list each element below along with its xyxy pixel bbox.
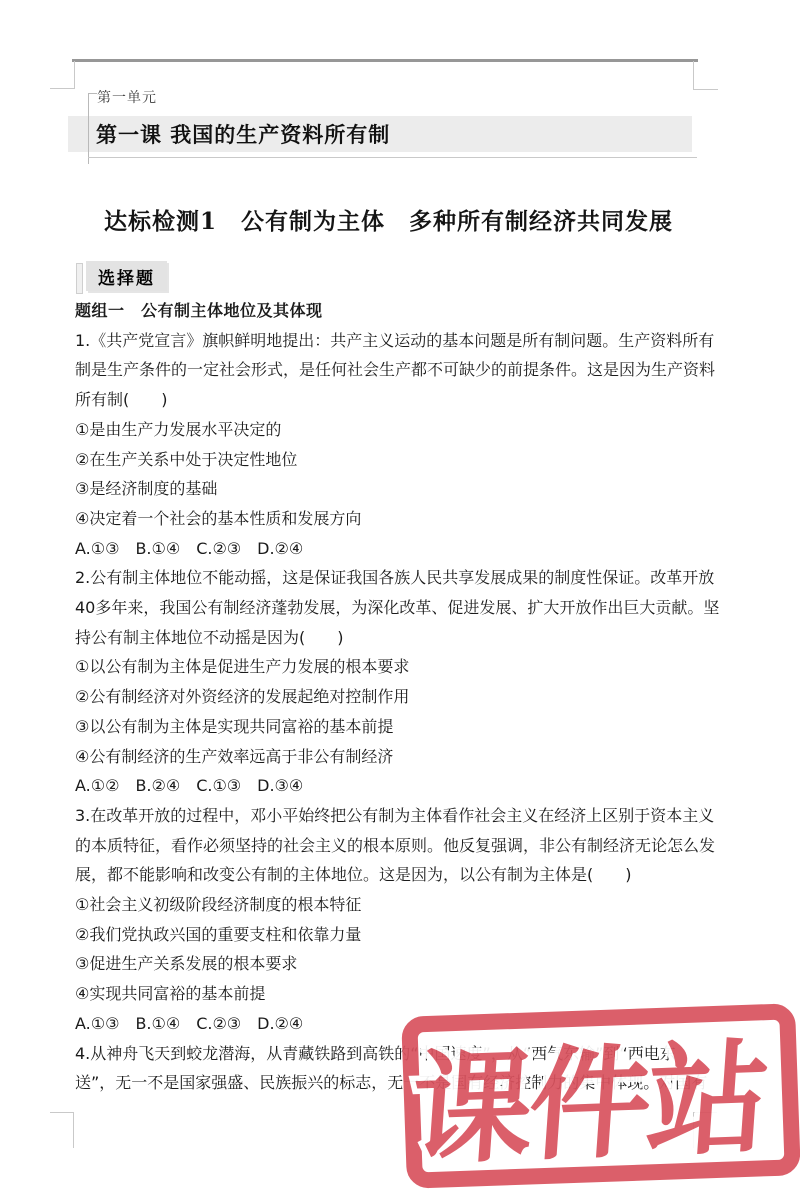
question-stem-line: 4.从神舟飞天到蛟龙潜海，从青藏铁路到高铁的“中国速度”，从“西气东输”到“西电… [75,1039,735,1069]
choice-line: ③是经济制度的基础 [75,474,735,504]
margin-corner-mark-top-right-h [693,89,718,90]
unit-label: 第一单元 [97,87,157,107]
margin-corner-mark-top-right [693,61,694,89]
choice-line: ④决定着一个社会的基本性质和发展方向 [75,504,735,534]
answer-options-row: A.①③ B.①④ C.②③ D.②④ [75,534,735,564]
document-page: 第一单元 第一课 我国的生产资料所有制 达标检测1 公有制为主体 多种所有制经济… [0,0,800,1200]
group-heading: 题组一 公有制主体地位及其体现 [75,296,735,326]
question-stem-line: 制是生产条件的一定社会形式，是任何社会生产都不可缺少的前提条件。这是因为生产资料 [75,355,735,385]
answer-options-row: A.①② B.②④ C.①③ D.③④ [75,771,735,801]
margin-corner-mark-bottom-left [73,1112,74,1148]
question-3: 3.在改革开放的过程中，邓小平始终把公有制为主体看作社会主义在经济上区别于资本主… [75,801,735,1039]
question-stem-line: 持公有制主体地位不动摇是因为( ) [75,623,735,653]
header-bracket-line [88,93,89,164]
question-area: 题组一 公有制主体地位及其体现 1.《共产党宣言》旗帜鲜明地提出：共产主义运动的… [75,296,735,1098]
section-badge: 选择题 [86,261,167,291]
margin-corner-mark-bottom-right-h [693,1112,717,1113]
question-stem-line: 40多年来，我国公有制经济蓬勃发展，为深化改革、促进发展、扩大开放作出巨大贡献。… [75,593,735,623]
choice-line: ①以公有制为主体是促进生产力发展的根本要求 [75,652,735,682]
question-stem-line: 送”，无一不是国家强盛、民族振兴的标志，无一不是国有经济控制力的集中体现。对国有 [75,1068,735,1098]
margin-corner-mark-top-left [74,61,75,88]
choice-line: ②公有制经济对外资经济的发展起绝对控制作用 [75,682,735,712]
lesson-banner: 第一课 我国的生产资料所有制 [68,116,692,152]
page-title: 达标检测1 公有制为主体 多种所有制经济共同发展 [104,203,704,236]
question-stem-line: 展，都不能影响和改变公有制的主体地位。这是因为，以公有制为主体是( ) [75,860,735,890]
margin-corner-mark-bottom-left-h [50,1112,74,1113]
question-stem-line: 2.公有制主体地位不能动摇，这是保证我国各族人民共享发展成果的制度性保证。改革开… [75,563,735,593]
choice-line: ①是由生产力发展水平决定的 [75,415,735,445]
margin-corner-mark-bottom-right [693,1112,694,1148]
section-badge-bar [76,263,83,294]
header-bracket-tick [88,93,97,94]
question-stem-line: 的本质特征，看作必须坚持的社会主义的根本原则。他反复强调，非公有制经济无论怎么发 [75,831,735,861]
choice-line: ②在生产关系中处于决定性地位 [75,445,735,475]
choice-line: ③促进生产关系发展的根本要求 [75,949,735,979]
question-stem-line: 1.《共产党宣言》旗帜鲜明地提出：共产主义运动的基本问题是所有制问题。生产资料所… [75,326,735,356]
question-2: 2.公有制主体地位不能动摇，这是保证我国各族人民共享发展成果的制度性保证。改革开… [75,563,735,801]
question-stem-line: 所有制( ) [75,385,735,415]
choice-line: ①社会主义初级阶段经济制度的根本特征 [75,890,735,920]
choice-line: ②我们党执政兴国的重要支柱和依靠力量 [75,920,735,950]
question-1: 1.《共产党宣言》旗帜鲜明地提出：共产主义运动的基本问题是所有制问题。生产资料所… [75,326,735,564]
choice-line: ④公有制经济的生产效率远高于非公有制经济 [75,742,735,772]
section-badge-label: 选择题 [98,264,155,289]
margin-corner-mark-top-left-h [50,88,75,89]
lesson-title: 第一课 我国的生产资料所有制 [96,119,390,149]
choice-line: ③以公有制为主体是实现共同富裕的基本前提 [75,712,735,742]
header-underline [88,157,697,158]
page-top-rule [72,59,698,62]
questions: 1.《共产党宣言》旗帜鲜明地提出：共产主义运动的基本问题是所有制问题。生产资料所… [75,326,735,1098]
question-stem-line: 3.在改革开放的过程中，邓小平始终把公有制为主体看作社会主义在经济上区别于资本主… [75,801,735,831]
choice-line: ④实现共同富裕的基本前提 [75,979,735,1009]
answer-options-row: A.①③ B.①④ C.②③ D.②④ [75,1009,735,1039]
question-4: 4.从神舟飞天到蛟龙潜海，从青藏铁路到高铁的“中国速度”，从“西气东输”到“西电… [75,1039,735,1098]
